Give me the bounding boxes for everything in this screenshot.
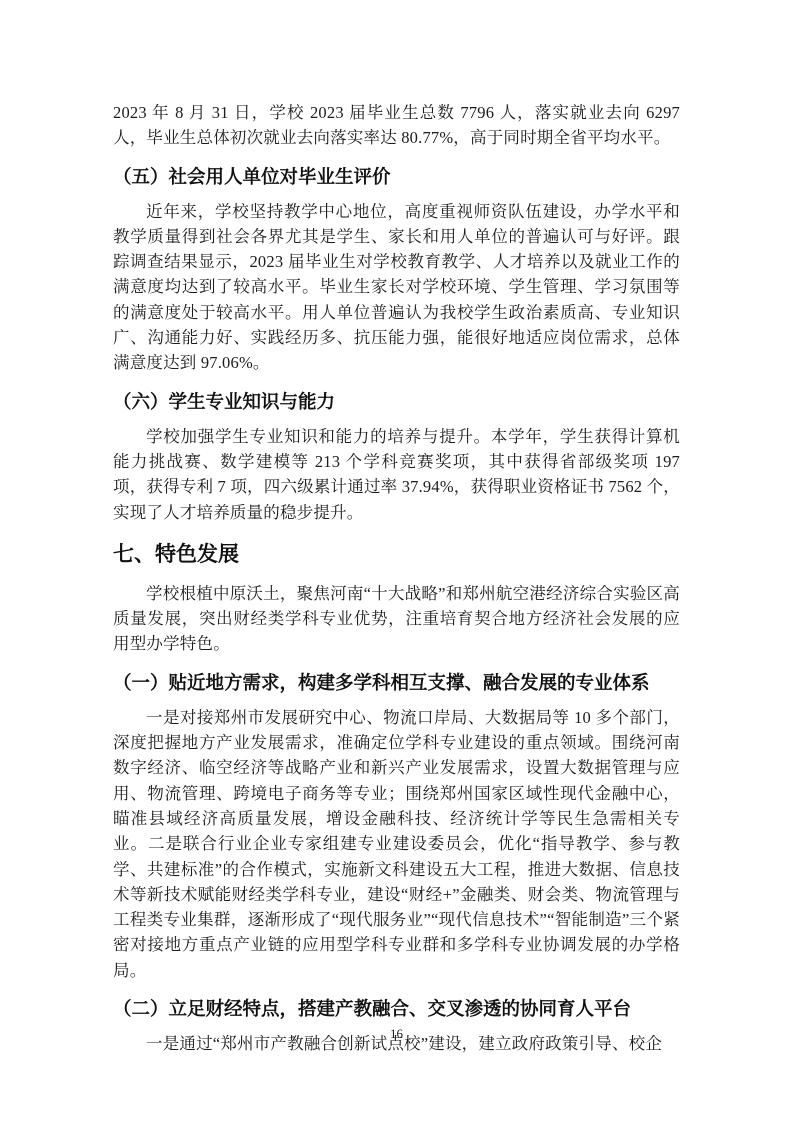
document-content: 2023 年 8 月 31 日，学校 2023 届毕业生总数 7796 人，落实… [113,100,680,1056]
paragraph-student-knowledge-ability: 学校加强学生专业知识和能力的培养与提升。本学年，学生获得计算机能力挑战赛、数学建… [113,424,680,525]
paragraph-featured-development-intro: 学校根植中原沃土，聚焦河南“十大战略”和郑州航空港经济综合实验区高质量发展，突出… [113,581,680,657]
chapter-heading-7-featured-development: 七、特色发展 [113,540,680,570]
section-heading-6-student-knowledge-ability: （六）学生专业知识与能力 [113,389,680,415]
document-page: 2023 年 8 月 31 日，学校 2023 届毕业生总数 7796 人，落实… [0,0,793,1122]
section-heading-1-local-needs-discipline-system: （一）贴近地方需求，构建多学科相互支撑、融合发展的专业体系 [113,670,680,696]
paragraph-employer-evaluation: 近年来，学校坚持教学中心地位，高度重视师资队伍建设，办学水平和教学质量得到社会各… [113,199,680,376]
paragraph-local-needs-discipline-system: 一是对接郑州市发展研究中心、物流口岸局、大数据局等 10 多个部门，深度把握地方… [113,705,680,983]
page-number: 16 [0,1026,793,1042]
paragraph-employment-stats: 2023 年 8 月 31 日，学校 2023 届毕业生总数 7796 人，落实… [113,100,680,151]
section-heading-5-employer-evaluation: （五）社会用人单位对毕业生评价 [113,164,680,190]
section-heading-2-industry-education-platform: （二）立足财经特点，搭建产教融合、交叉渗透的协同育人平台 [113,996,680,1022]
